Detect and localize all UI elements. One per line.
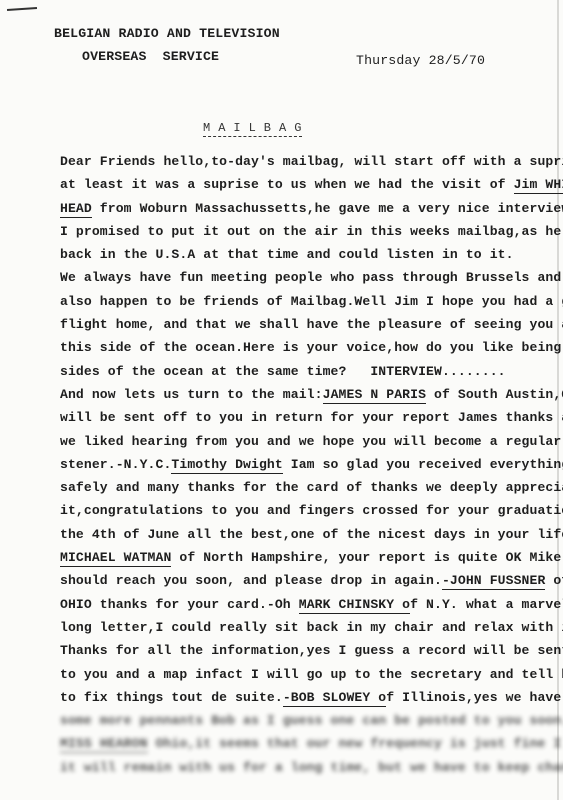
text-segment: long letter,I could really sit back in m… bbox=[60, 620, 563, 635]
underlined-name: -JOHN FUSSNER bbox=[442, 573, 545, 590]
body-line: Thanks for all the information,yes I gue… bbox=[60, 639, 555, 662]
service-name: OVERSEAS SERVICE bbox=[82, 49, 219, 65]
body-line: will be sent off to you in return for yo… bbox=[60, 406, 555, 429]
text-segment: And now lets us turn to the mail: bbox=[60, 387, 323, 402]
body-line: the 4th of June all the best,one of the … bbox=[60, 523, 555, 546]
text-segment: Dear Friends hello,to-day's mailbag, wil… bbox=[60, 154, 563, 169]
text-segment: should reach you soon, and please drop i… bbox=[60, 573, 442, 588]
body-line: we liked hearing from you and we hope yo… bbox=[60, 430, 555, 453]
redacted-line: it will remain with us for a long time, … bbox=[60, 756, 555, 779]
body-line: sides of the ocean at the same time? INT… bbox=[60, 360, 555, 383]
letter-date: Thursday 28/5/70 bbox=[356, 53, 485, 69]
text-segment: Iam so glad you received everything bbox=[283, 457, 563, 472]
body-line: We always have fun meeting people who pa… bbox=[60, 266, 555, 289]
text-segment: we liked hearing from you and we hope yo… bbox=[60, 434, 563, 449]
redacted-line: some more pennants Bob as I guess one ca… bbox=[60, 709, 555, 732]
text-segment: Thanks for all the information,yes I gue… bbox=[60, 643, 563, 658]
text-segment: Ohio,it seems that our new frequency is … bbox=[148, 736, 563, 751]
body-line: OHIO thanks for your card.-Oh MARK CHINS… bbox=[60, 593, 555, 616]
body-line: stener.-N.Y.C.Timothy Dwight Iam so glad… bbox=[60, 453, 555, 476]
text-segment: at least it was a suprise to us when we … bbox=[60, 177, 514, 192]
body-line: HEAD from Woburn Massachussetts,he gave … bbox=[60, 197, 555, 220]
body-line: should reach you soon, and please drop i… bbox=[60, 569, 555, 592]
body-line: safely and many thanks for the card of t… bbox=[60, 476, 555, 499]
underlined-name: MICHAEL WATMAN bbox=[60, 550, 171, 567]
underlined-name: JAMES N PARIS bbox=[323, 387, 426, 404]
underlined-name: MISS HEARON bbox=[60, 736, 148, 753]
underlined-name: MARK CHINSKY o bbox=[299, 597, 410, 614]
body-line: at least it was a suprise to us when we … bbox=[60, 173, 555, 196]
text-segment: it will remain with us for a long time, … bbox=[60, 760, 563, 775]
text-segment: safely and many thanks for the card of t… bbox=[60, 480, 563, 495]
body-line: And now lets us turn to the mail:JAMES N… bbox=[60, 383, 555, 406]
letter-body: Dear Friends hello,to-day's mailbag, wil… bbox=[60, 150, 555, 779]
underlined-name: Timothy Dwight bbox=[171, 457, 282, 474]
body-line: MICHAEL WATMAN of North Hampshire, your … bbox=[60, 546, 555, 569]
body-line: back in the U.S.A at that time and could… bbox=[60, 243, 555, 266]
text-segment: to you and a map infact I will go up to … bbox=[60, 667, 563, 682]
body-line: long letter,I could really sit back in m… bbox=[60, 616, 555, 639]
text-segment: I promised to put it out on the air in t… bbox=[60, 224, 563, 239]
text-segment: OHIO thanks for your card.-Oh bbox=[60, 597, 299, 612]
text-segment: flight home, and that we shall have the … bbox=[60, 317, 563, 332]
body-line: I promised to put it out on the air in t… bbox=[60, 220, 555, 243]
pen-mark bbox=[7, 7, 37, 11]
text-segment: it,congratulations to you and fingers cr… bbox=[60, 503, 563, 518]
typed-letter-page: BELGIAN RADIO AND TELEVISION OVERSEAS SE… bbox=[0, 0, 563, 800]
text-segment: also happen to be friends of Mailbag.Wel… bbox=[60, 294, 563, 309]
organization-name: BELGIAN RADIO AND TELEVISION bbox=[54, 26, 280, 42]
underlined-name: -BOB SLOWEY o bbox=[283, 690, 386, 707]
text-segment: this side of the ocean.Here is your voic… bbox=[60, 340, 563, 355]
text-segment: f N.Y. what a marvelously bbox=[410, 597, 563, 612]
text-segment: stener.-N.Y.C. bbox=[60, 457, 171, 472]
underlined-name: HEAD bbox=[60, 201, 92, 218]
text-segment: from Woburn Massachussetts,he gave me a … bbox=[92, 201, 563, 216]
body-line: to you and a map infact I will go up to … bbox=[60, 663, 555, 686]
document-title: M A I L B A G bbox=[203, 121, 302, 137]
body-line: also happen to be friends of Mailbag.Wel… bbox=[60, 290, 555, 313]
text-segment: some more pennants Bob as I guess one ca… bbox=[60, 713, 563, 728]
body-line: to fix things tout de suite.-BOB SLOWEY … bbox=[60, 686, 555, 709]
text-segment: of bbox=[545, 573, 563, 588]
body-line: this side of the ocean.Here is your voic… bbox=[60, 336, 555, 359]
body-line: Dear Friends hello,to-day's mailbag, wil… bbox=[60, 150, 555, 173]
body-line: flight home, and that we shall have the … bbox=[60, 313, 555, 336]
text-segment: of South Austin,QSL bbox=[426, 387, 563, 402]
text-segment: f Illinois,yes we have bbox=[386, 690, 561, 705]
text-segment: back in the U.S.A at that time and could… bbox=[60, 247, 514, 262]
underlined-name: Jim WHITE- bbox=[514, 177, 563, 194]
text-segment: to fix things tout de suite. bbox=[60, 690, 283, 705]
text-segment: We always have fun meeting people who pa… bbox=[60, 270, 563, 285]
redacted-line: MISS HEARON Ohio,it seems that our new f… bbox=[60, 732, 555, 755]
text-segment: sides of the ocean at the same time? INT… bbox=[60, 364, 506, 379]
text-segment: of North Hampshire, your report is quite… bbox=[171, 550, 563, 565]
text-segment: will be sent off to you in return for yo… bbox=[60, 410, 563, 425]
text-segment: the 4th of June all the best,one of the … bbox=[60, 527, 563, 542]
body-line: it,congratulations to you and fingers cr… bbox=[60, 499, 555, 522]
